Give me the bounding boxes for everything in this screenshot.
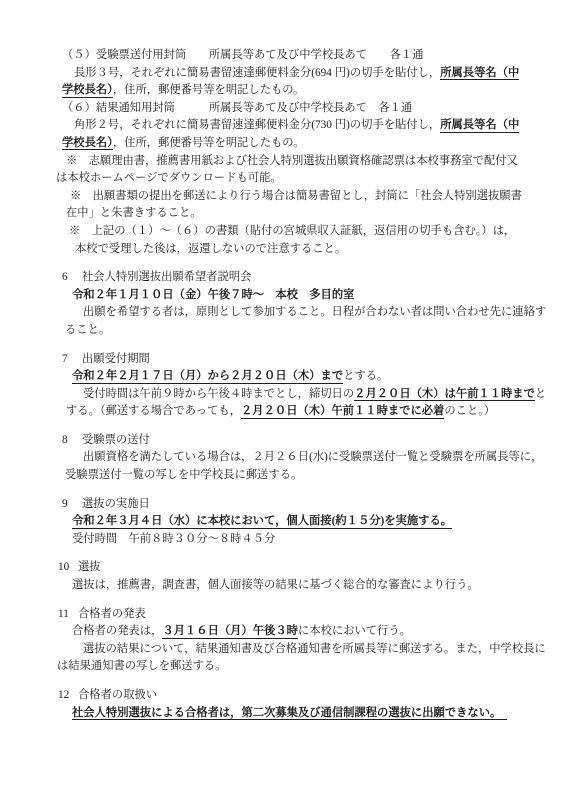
- doc-line: 選抜は，推薦書，調査書，個人面接等の結果に基づく総合的な審査により行う。: [62, 577, 557, 595]
- text-segment: （６）結果通知用封筒 所属長等あて及び中学校長あて 各１通: [62, 102, 412, 114]
- doc-line: する。（郵送する場合であっても，２月２０日（木）午前１１時までに必着のこと。）: [62, 403, 557, 421]
- section-title: 選抜: [78, 561, 101, 573]
- section-heading: 8受験票の送付: [62, 432, 557, 450]
- section-title: 出願受付期間: [82, 353, 150, 365]
- doc-line: 合格者の発表は，３月１６日（月）午後３時に本校において行う。: [62, 623, 557, 641]
- emphasized-text: 所属長等名（中: [440, 119, 519, 133]
- section-heading: 7出願受付期間: [62, 351, 557, 369]
- section-title: 合格者の発表: [78, 608, 146, 620]
- text-segment: 出願資格を満たしている場合は，２月２６日(水)に受験票送付一覧と受験票を所属長等…: [83, 451, 542, 463]
- section-title: 受験票の送付: [82, 434, 150, 446]
- text-segment: 角形２号，それぞれに簡易書留速達郵便料金分(730 円)の切手を貼付し，: [74, 119, 440, 131]
- doc-line: ※ 出願書類の提出を郵送により行う場合は簡易書留とし，封筒に「社会人特別選抜願書: [62, 188, 557, 206]
- section-number: 9: [62, 496, 82, 514]
- doc-line: 選抜の結果について，結果通知書及び合格通知書を所属長等に郵送する。また，中学校長…: [62, 641, 557, 659]
- section-10: 10選抜選抜は，推薦書，調査書，個人面接等の結果に基づく総合的な審査により行う。: [62, 559, 557, 594]
- text-segment: ，住所，郵便番号等を明記したもの。: [113, 84, 305, 96]
- emphasized-text: 令和２年２月１７日（月）から２月２０日（木）まで: [72, 370, 343, 384]
- text-segment: する。（郵送する場合であっても，: [66, 405, 241, 417]
- emphasized-text: ３月１６日（月）午後３時: [162, 625, 298, 639]
- text-segment: 受付時間は午前９時から午後４時までとし，締切日の: [83, 388, 354, 400]
- emphasized-text: 学校長名）: [62, 137, 113, 151]
- text-segment: と: [535, 388, 546, 400]
- text-segment: のこと。）: [444, 405, 495, 417]
- emphasized-text: 令和２年１月１０日（金）午後７時～ 本校 多目的室: [72, 289, 354, 301]
- doc-line: 社会人特別選抜による合格者は，第二次募集及び通信制課程の選抜に出願できない。: [62, 705, 557, 723]
- doc-line: 角形２号，それぞれに簡易書留速達郵便料金分(730 円)の切手を貼付し，所属長等…: [62, 117, 557, 135]
- doc-line: 令和２年３月４日（水）に本校において，個人面接(約１５分)を実施する。: [62, 513, 557, 531]
- section-9: 9選抜の実施日令和２年３月４日（水）に本校において，個人面接(約１５分)を実施す…: [62, 496, 557, 549]
- text-segment: 合格者の発表は，: [72, 625, 162, 637]
- doc-line: ※ 志願理由書，推薦書用紙および社会人特別選抜出願資格確認票は本校事務室で配付又: [62, 153, 557, 171]
- text-segment: 在中」と朱書きすること。: [66, 207, 202, 219]
- emphasized-text: 学校長名）: [62, 84, 113, 98]
- text-segment: に本校において行う。: [298, 625, 411, 637]
- section-7: 7出願受付期間令和２年２月１７日（月）から２月２０日（木）までとする。受付時間は…: [62, 351, 557, 421]
- section-6: 6社会人特別選抜出願希望者説明会令和２年１月１０日（金）午後７時～ 本校 多目的…: [62, 269, 557, 339]
- text-segment: ※ 出願書類の提出を郵送により行う場合は簡易書留とし，封筒に「社会人特別選抜願書: [70, 190, 522, 202]
- text-segment: ること。: [65, 324, 110, 336]
- emphasized-text: ２月２０日（木）午前１１時までに必着: [241, 405, 444, 419]
- text-segment: は結果通知書の写しを郵送する。: [57, 660, 226, 672]
- emphasized-text: ２月２０日（木）は午前１１時まで: [354, 388, 535, 402]
- section-number: 11: [58, 606, 78, 624]
- text-segment: 受付時間 午前８時３０分～８時４５分: [72, 533, 275, 545]
- section-11: 11合格者の発表合格者の発表は，３月１６日（月）午後３時に本校において行う。選抜…: [62, 606, 557, 676]
- doc-line: 受付時間 午前８時３０分～８時４５分: [62, 531, 557, 549]
- doc-line: は本校ホームページでダウンロードも可能。: [56, 170, 557, 188]
- text-segment: 選抜の結果について，結果通知書及び合格通知書を所属長等に郵送する。また，中学校長…: [83, 643, 546, 655]
- text-segment: （５）受験票送付用封筒 所属長等あて及び中学校長あて 各１通: [62, 49, 424, 61]
- document-body: （５）受験票送付用封筒 所属長等あて及び中学校長あて 各１通長形３号，それぞれに…: [0, 0, 565, 722]
- doc-line: （６）結果通知用封筒 所属長等あて及び中学校長あて 各１通: [62, 100, 557, 118]
- section-number: 12: [58, 687, 78, 705]
- doc-line: ること。: [62, 322, 557, 340]
- doc-line: 令和２年１月１０日（金）午後７時～ 本校 多目的室: [62, 287, 557, 305]
- text-segment: 出願を希望する者は，原則として参加すること。日程が合わない者は問い合わせ先に連絡…: [83, 306, 546, 318]
- section-number: 10: [58, 559, 78, 577]
- section-heading: 6社会人特別選抜出願希望者説明会: [62, 269, 557, 287]
- text-segment: は本校ホームページでダウンロードも可能。: [56, 172, 282, 184]
- emphasized-text: 所属長等名（中: [440, 67, 519, 81]
- page: （５）受験票送付用封筒 所属長等あて及び中学校長あて 各１通長形３号，それぞれに…: [0, 0, 565, 800]
- section-heading: 11合格者の発表: [58, 606, 557, 624]
- emphasized-text: 社会人特別選抜による合格者は，第二次募集及び通信制課程の選抜に出願できない。: [72, 707, 507, 721]
- doc-line: 令和２年２月１７日（月）から２月２０日（木）までとする。: [62, 368, 557, 386]
- section-8: 8受験票の送付出願資格を満たしている場合は，２月２６日(水)に受験票送付一覧と受…: [62, 432, 557, 485]
- text-segment: 選抜は，推薦書，調査書，個人面接等の結果に基づく総合的な審査により行う。: [72, 579, 479, 591]
- doc-line: 学校長名），住所，郵便番号等を明記したもの。: [62, 135, 557, 153]
- doc-line: 出願資格を満たしている場合は，２月２６日(水)に受験票送付一覧と受験票を所属長等…: [62, 449, 557, 467]
- text-segment: 長形３号，それぞれに簡易書留速達郵便料金分(694 円)の切手を貼付し，: [74, 67, 440, 79]
- text-segment: とする。: [343, 370, 388, 382]
- text-segment: 受験票送付一覧の写しを中学校長に郵送する。: [65, 469, 302, 481]
- section-title: 社会人特別選抜出願希望者説明会: [82, 271, 251, 283]
- text-segment: ※ 志願理由書，推薦書用紙および社会人特別選抜出願資格確認票は本校事務室で配付又: [66, 155, 518, 167]
- doc-line: （５）受験票送付用封筒 所属長等あて及び中学校長あて 各１通: [62, 47, 557, 65]
- doc-line: 在中」と朱書きすること。: [62, 205, 557, 223]
- doc-line: 受付時間は午前９時から午後４時までとし，締切日の２月２０日（木）は午前１１時まで…: [62, 386, 557, 404]
- doc-line: 学校長名），住所，郵便番号等を明記したもの。: [62, 82, 557, 100]
- doc-line: 出願を希望する者は，原則として参加すること。日程が合わない者は問い合わせ先に連絡…: [62, 304, 557, 322]
- doc-line: は結果通知書の写しを郵送する。: [57, 658, 557, 676]
- section-number: 8: [62, 432, 82, 450]
- emphasized-text: 令和２年３月４日（水）に本校において，個人面接(約１５分)を実施する。: [72, 515, 452, 529]
- section-12: 12合格者の取扱い社会人特別選抜による合格者は，第二次募集及び通信制課程の選抜に…: [62, 687, 557, 722]
- doc-line: 本校で受理した後は，返還しないので注意すること。: [62, 241, 557, 259]
- section-heading: 9選抜の実施日: [62, 496, 557, 514]
- doc-line: 長形３号，それぞれに簡易書留速達郵便料金分(694 円)の切手を貼付し，所属長等…: [62, 65, 557, 83]
- text-segment: 本校で受理した後は，返還しないので注意すること。: [75, 243, 346, 255]
- section-title: 合格者の取扱い: [78, 689, 157, 701]
- section-heading: 10選抜: [58, 559, 557, 577]
- text-segment: ※ 上記の（１）～（６）の書類（貼付の宮城県収入証紙，返信用の切手も含む。）は，: [69, 225, 515, 237]
- section-number: 6: [62, 269, 82, 287]
- text-segment: ，住所，郵便番号等を明記したもの。: [113, 137, 305, 149]
- section-title: 選抜の実施日: [82, 498, 150, 510]
- attachment-list-continued: （５）受験票送付用封筒 所属長等あて及び中学校長あて 各１通長形３号，それぞれに…: [62, 47, 557, 258]
- doc-line: 受験票送付一覧の写しを中学校長に郵送する。: [62, 467, 557, 485]
- section-heading: 12合格者の取扱い: [58, 687, 557, 705]
- section-number: 7: [62, 351, 82, 369]
- doc-line: ※ 上記の（１）～（６）の書類（貼付の宮城県収入証紙，返信用の切手も含む。）は，: [62, 223, 557, 241]
